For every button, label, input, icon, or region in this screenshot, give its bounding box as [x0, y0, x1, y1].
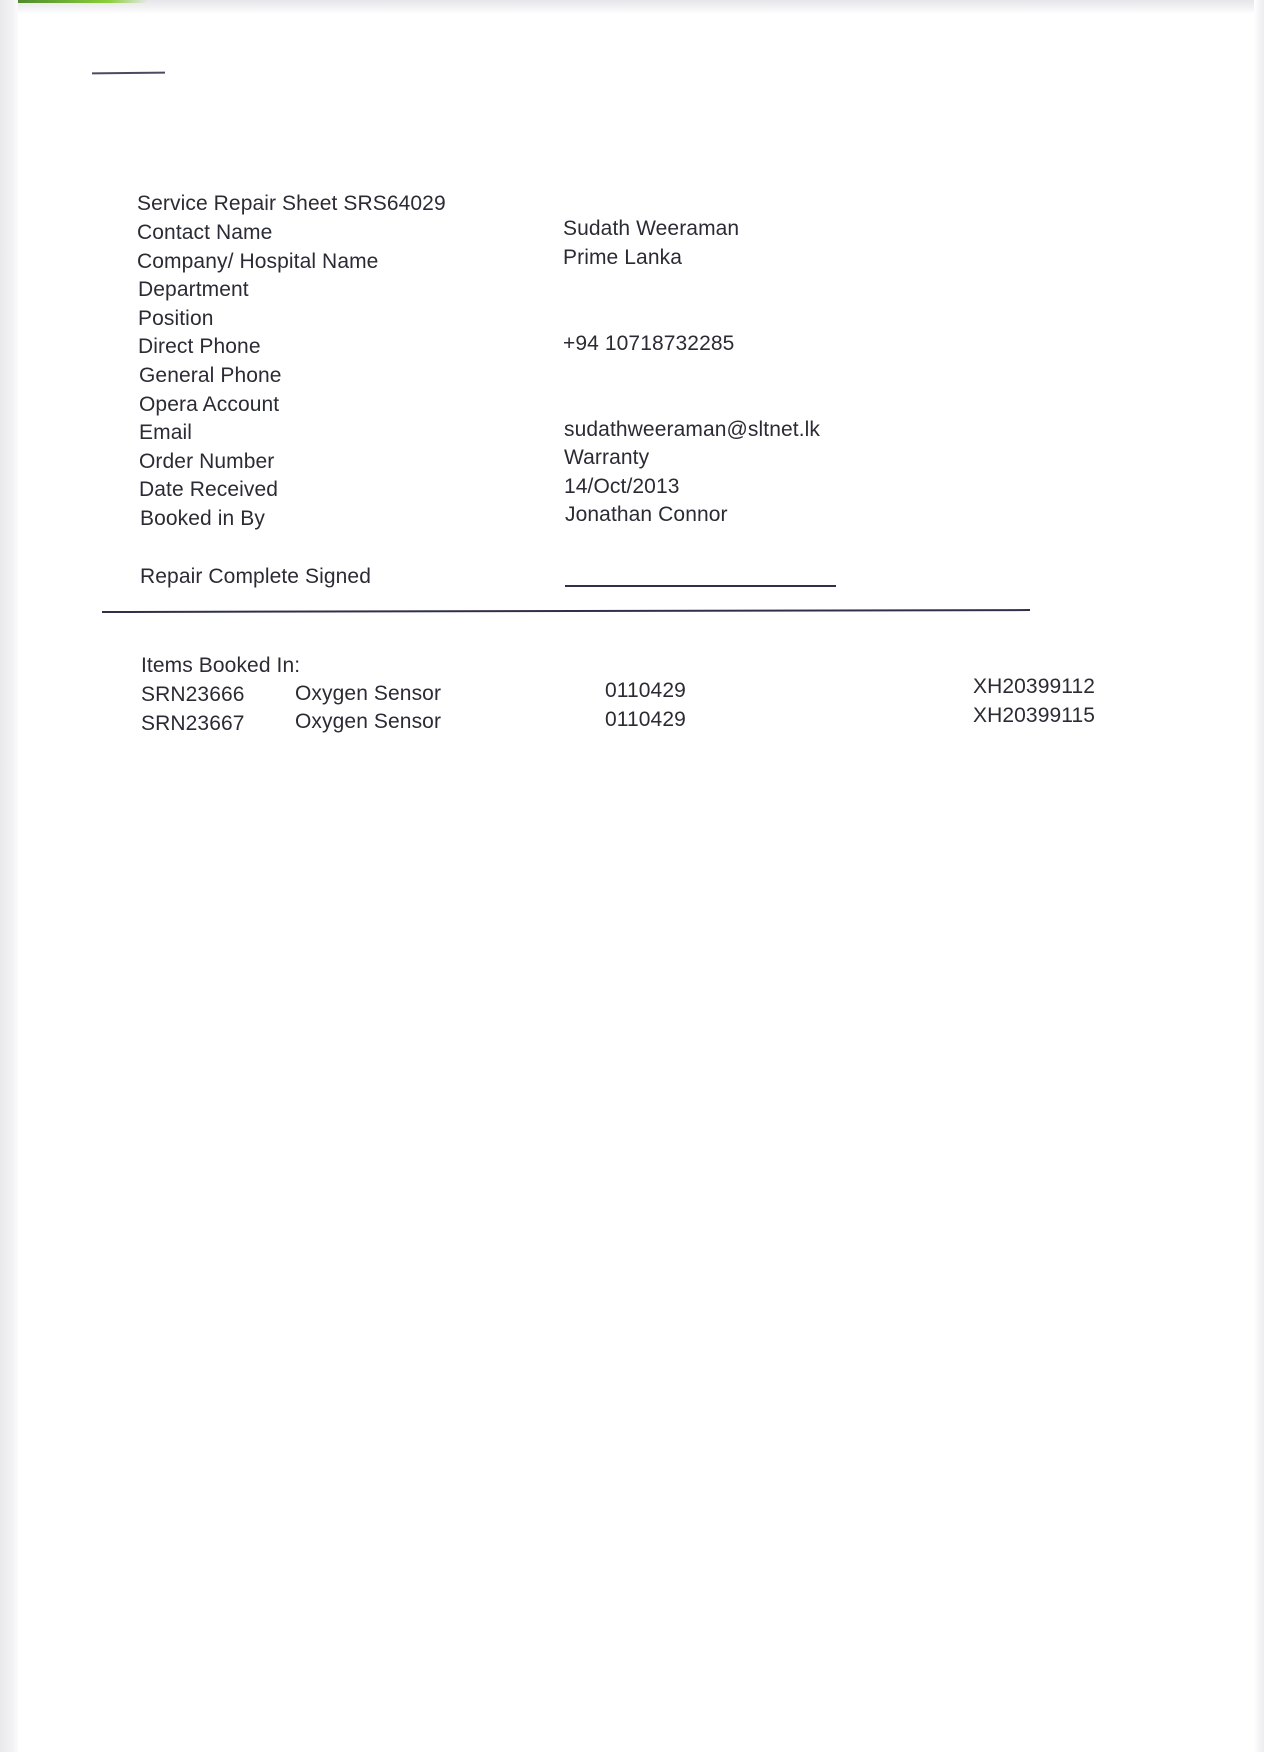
item-part-number: 0110429 — [605, 679, 686, 703]
field-label-email: Email — [139, 421, 192, 445]
field-value-booked-in-by: Jonathan Connor — [565, 503, 728, 527]
field-label-general-phone: General Phone — [139, 364, 282, 388]
section-divider — [102, 609, 1030, 613]
item-serial: XH20399112 — [973, 675, 1095, 699]
field-label-booked-in-by: Booked in By — [140, 507, 265, 531]
field-value-direct-phone: +94 10718732285 — [563, 332, 734, 356]
field-label-position: Position — [138, 307, 214, 331]
scan-shadow-left — [0, 0, 18, 1752]
scan-color-artifact — [18, 0, 148, 3]
scan-shadow-right — [1254, 0, 1264, 1752]
field-value-email: sudathweeraman@sltnet.lk — [564, 418, 820, 442]
field-label-opera-account: Opera Account — [139, 393, 279, 417]
field-label-order-number: Order Number — [139, 450, 274, 474]
signature-line — [565, 585, 836, 587]
item-description: Oxygen Sensor — [295, 710, 441, 734]
sheet-title: Service Repair Sheet SRS64029 — [137, 192, 446, 216]
scan-shadow-top — [0, 0, 1264, 14]
field-label-direct-phone: Direct Phone — [138, 335, 261, 359]
field-label-date-received: Date Received — [139, 478, 278, 502]
field-value-order-number: Warranty — [564, 446, 649, 470]
item-serial: XH20399115 — [973, 704, 1095, 728]
item-part-number: 0110429 — [605, 708, 686, 732]
field-value-contact-name: Sudath Weeraman — [563, 217, 739, 241]
field-label-department: Department — [138, 278, 249, 302]
items-heading: Items Booked In: — [141, 654, 300, 678]
header-dash-mark — [92, 72, 165, 75]
field-value-date-received: 14/Oct/2013 — [564, 475, 680, 499]
field-label-contact-name: Contact Name — [137, 221, 272, 245]
field-label-company: Company/ Hospital Name — [137, 250, 378, 274]
item-srn: SRN23666 — [141, 683, 245, 707]
item-description: Oxygen Sensor — [295, 682, 441, 706]
item-srn: SRN23667 — [141, 712, 245, 736]
field-value-company: Prime Lanka — [563, 246, 682, 270]
repair-complete-signed-label: Repair Complete Signed — [140, 565, 371, 589]
